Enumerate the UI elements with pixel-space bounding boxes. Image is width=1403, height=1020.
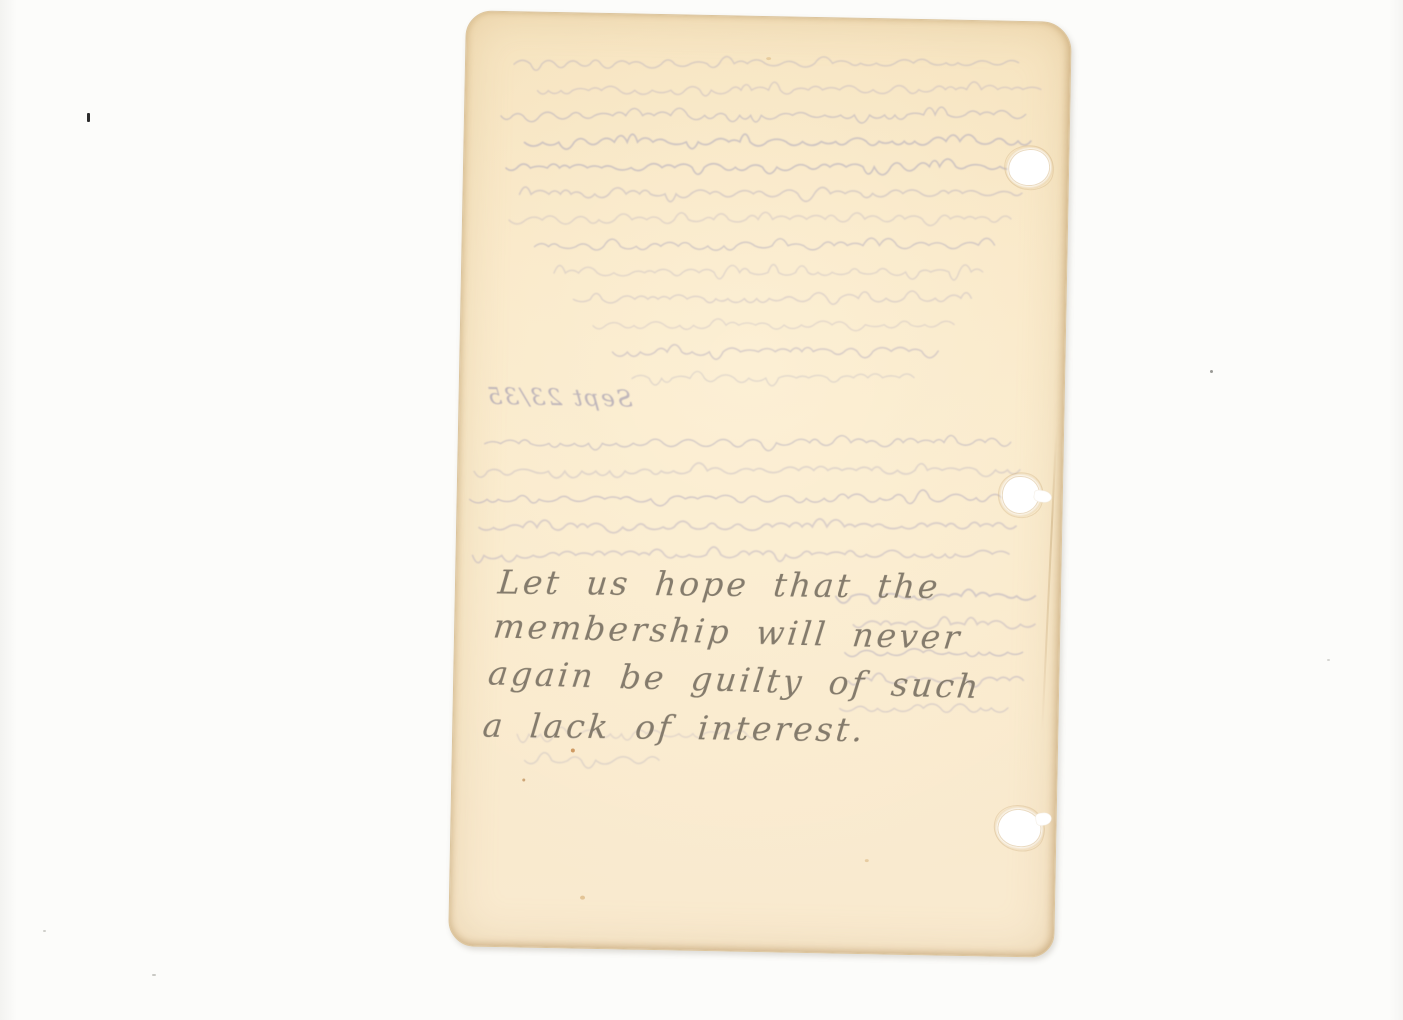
bleedthrough-date-text: Sept 23/35 [485,384,634,413]
bleedthrough-line [593,315,954,336]
bleedthrough-line [534,230,994,258]
bleedthrough-line [506,150,1016,180]
bleedthrough-line [470,481,1014,513]
handwriting-block: Let us hope that the membership will nev… [480,556,1060,758]
punch-hole-top [1007,147,1052,187]
paper-stain [580,896,585,900]
scan-speck [43,930,46,932]
bleedthrough-line [519,182,1022,209]
bleedthrough-date: Sept 23/35 [485,384,675,414]
paper-stain [766,57,771,60]
handwriting-line: a lack of interest. [480,702,1045,757]
bleedthrough-line [509,206,1011,233]
bleedthrough-line [554,257,983,284]
bleedthrough-line [573,285,971,310]
paper-stain [865,859,869,862]
bleedthrough-line [485,426,1011,457]
bleedthrough-writing [449,11,1073,958]
scan-speck [1210,370,1213,373]
bleedthrough-line [501,99,1026,132]
notebook-page: Sept 23/35 Let us hope that the membersh… [448,10,1072,957]
bleedthrough-line [479,512,1016,540]
scan-speck [152,974,156,976]
bleedthrough-line [525,752,660,769]
bleedthrough-line [612,342,938,364]
bleedthrough-line [474,455,1020,487]
scanner-background: Sept 23/35 Let us hope that the membersh… [0,0,1403,1020]
bleedthrough-line [524,126,1031,158]
paper-stain [571,748,575,752]
bleedthrough-line [514,51,1019,80]
bleedthrough-line [537,74,1041,104]
scan-speck [1327,659,1330,661]
paper-stain [522,778,525,781]
scan-speck [87,113,90,122]
